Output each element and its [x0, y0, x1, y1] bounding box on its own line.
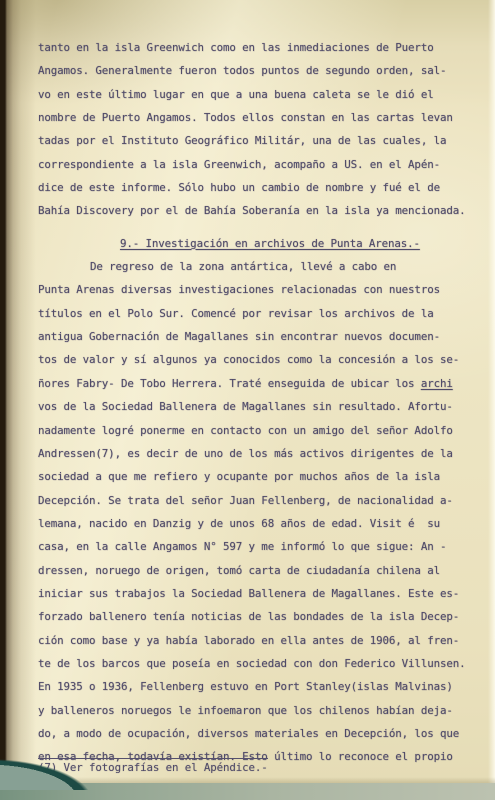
- text-line: antigua Gobernación de Magallanes sin en…: [38, 325, 474, 348]
- scanned-page: tanto en la isla Greenwich como en las i…: [0, 0, 495, 783]
- text-line: Angamos. Generalmente fueron todos punto…: [38, 59, 474, 82]
- text-line: lemana, nacido en Danzig y de unos 68 añ…: [38, 512, 474, 535]
- text-line: do, a modo de ocupación, diversos materi…: [38, 722, 474, 745]
- text-line: nombre de Puerto Angamos. Todos ellos co…: [38, 106, 474, 129]
- text-line: vos de la Sociedad Ballenera de Magallan…: [38, 395, 474, 418]
- text-line: Decepción. Se trata del señor Juan Felle…: [38, 489, 474, 512]
- text-line: Punta Arenas diversas investigaciones re…: [38, 278, 474, 301]
- text-line: Andressen(7), es decir de uno de los más…: [38, 442, 474, 465]
- text-line: De regreso de la zona antártica, llevé a…: [38, 255, 474, 278]
- text-line: dice de este informe. Sólo hubo un cambi…: [38, 176, 474, 199]
- footnote: (7) Ver fotografías en el Apéndice.-: [38, 758, 268, 774]
- text-line: Bahía Discovery por el de Bahía Soberaní…: [38, 199, 474, 222]
- text-line: sociedad a que me refiero y ocupante por…: [38, 465, 474, 488]
- text-line: tos de valor y sí algunos ya conocidos c…: [38, 348, 474, 371]
- text-line: tadas por el Instituto Geográfico Militá…: [38, 129, 474, 152]
- scanner-bed-strip: [0, 783, 495, 800]
- text-line: iniciar sus trabajos la Sociedad Ballene…: [38, 582, 474, 605]
- text-line: te de los barcos que poseía en sociedad …: [38, 652, 474, 675]
- text-line: ción como base y ya había laborado en el…: [38, 629, 474, 652]
- text-line: dressen, noruego de origen, tomó carta d…: [38, 559, 474, 582]
- page-text: tanto en la isla Greenwich como en las i…: [38, 36, 474, 769]
- text-line: vo en este último lugar en que a una bue…: [38, 83, 474, 106]
- text-line: tanto en la isla Greenwich como en las i…: [38, 36, 474, 59]
- text-line: y balleneros noruegos le infoemaron que …: [38, 699, 474, 722]
- text-line: correspondiente a la isla Greenwich, aco…: [38, 153, 474, 176]
- text-line: En 1935 o 1936, Fellenberg estuvo en Por…: [38, 675, 474, 698]
- text-line: títulos en el Polo Sur. Comencé por revi…: [38, 302, 474, 325]
- text-line: forzado ballenero tenía noticias de las …: [38, 605, 474, 628]
- text-line: nadamente logré ponerme en contacto con …: [38, 419, 474, 442]
- section-heading: 9.- Investigación en archivos de Punta A…: [38, 232, 474, 255]
- text-line: ñores Fabry- De Tobo Herrera. Traté ense…: [38, 372, 474, 395]
- text-line: casa, en la calle Angamos N° 597 y me in…: [38, 535, 474, 558]
